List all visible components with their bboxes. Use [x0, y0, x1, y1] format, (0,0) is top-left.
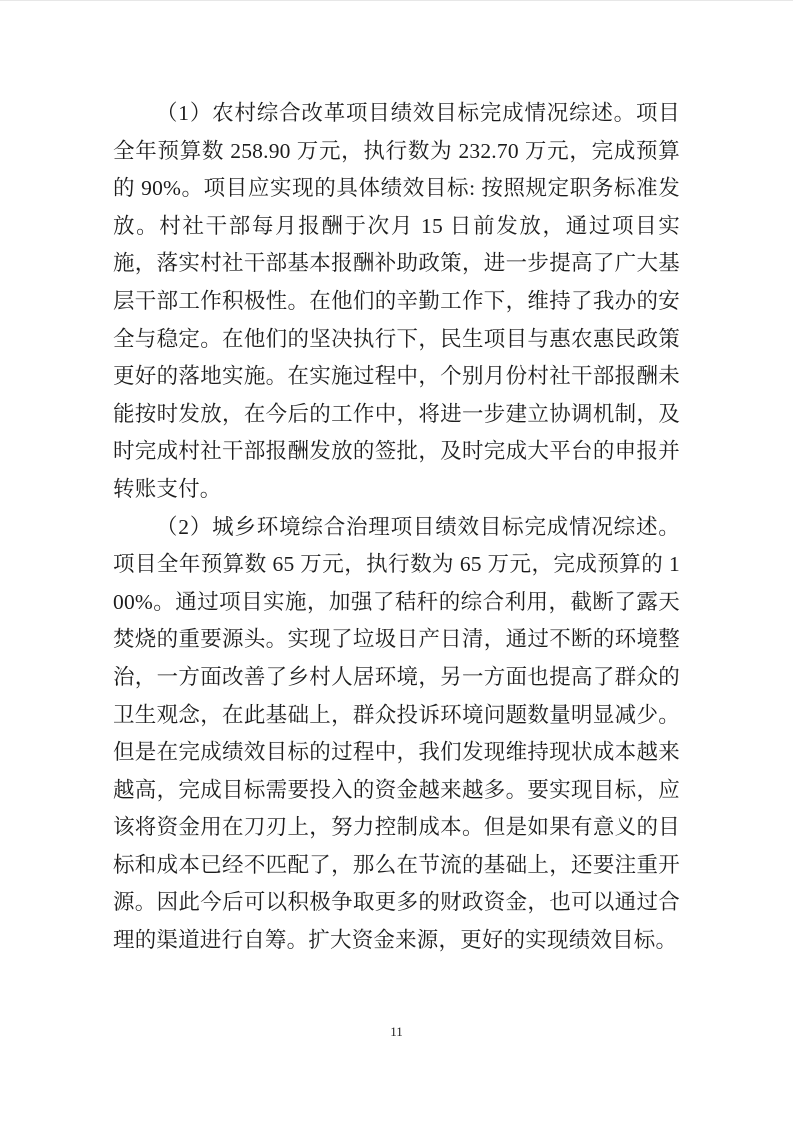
- page-footer: 11: [0, 1023, 793, 1041]
- page-number: 11: [390, 1024, 403, 1039]
- document-page: （1）农村综合改革项目绩效目标完成情况综述。项目全年预算数 258.90 万元，…: [0, 0, 793, 1122]
- document-body: （1）农村综合改革项目绩效目标完成情况综述。项目全年预算数 258.90 万元，…: [113, 95, 680, 960]
- paragraph-urban-rural-environment-summary: （2）城乡环境综合治理项目绩效目标完成情况综述。项目全年预算数 65 万元，执行…: [113, 509, 680, 960]
- paragraph-rural-reform-summary: （1）农村综合改革项目绩效目标完成情况综述。项目全年预算数 258.90 万元，…: [113, 95, 680, 509]
